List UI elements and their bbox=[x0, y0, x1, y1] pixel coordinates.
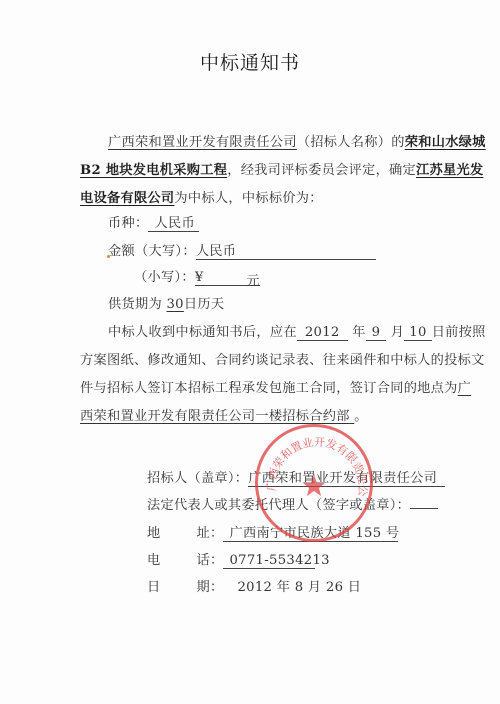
amount-lower-label: （小写）： bbox=[134, 270, 195, 285]
month-label: 月 bbox=[391, 325, 405, 340]
contract-line3-prefix: 件与招标人签订本招标工程承发包施工合同，签订合同的地点为 bbox=[80, 381, 458, 396]
phone-value: 0771-5534213 bbox=[223, 553, 315, 569]
delivery-row: 供货期为 30日历天 bbox=[108, 293, 224, 312]
amount-upper-value: 人民币 bbox=[196, 240, 376, 260]
date-row: 日期：2012 年 8 月 26 日 bbox=[147, 576, 361, 595]
amount-lower-field: ¥元 bbox=[195, 270, 260, 286]
date-value: 2012 年 8 月 26 日 bbox=[237, 580, 361, 595]
winner-name-part1: 江苏星光发 bbox=[416, 163, 483, 178]
delivery-days: 30 bbox=[166, 297, 183, 312]
tenderer-seal-value: 广西荣和置业开发有限责任公司 bbox=[248, 467, 445, 487]
contract-year: 2012 bbox=[297, 325, 348, 341]
contract-line-2: 方案图纸、修改通知、合同约谈记录表、往来函件和中标人的投标文 bbox=[80, 349, 485, 368]
contract-line-4: 西荣和置业开发有限责任公司一楼招标合约部 。 bbox=[80, 405, 368, 424]
intro-line-1: 广西荣和置业开发有限责任公司（招标人名称）的荣和山水绿城 bbox=[108, 131, 486, 150]
phone-label-1: 电 bbox=[147, 553, 161, 568]
contract-line4-suffix: 。 bbox=[354, 409, 368, 424]
document-page: 中标通知书 广西荣和置业开发有限责任公司（招标人名称）的荣和山水绿城 B2 地块… bbox=[0, 0, 500, 704]
delivery-suffix: 日历天 bbox=[184, 297, 224, 312]
project-name-part1: 荣和山水绿城 bbox=[405, 135, 486, 150]
tenderer-seal-row: 招标人（盖章）：广西荣和置业开发有限责任公司 bbox=[147, 467, 445, 487]
currency-value: 人民币 bbox=[148, 212, 198, 232]
amount-upper-row: 金额（大写）：人民币 bbox=[108, 240, 376, 260]
project-name-part2: B2 地块发电机采购工程 bbox=[80, 163, 227, 178]
contract-line1-suffix: 日前按照 bbox=[432, 325, 486, 340]
date-label-2: 期： bbox=[197, 580, 224, 595]
winner-name-part2: 电设备有限公司 bbox=[80, 191, 174, 206]
date-label-1: 日 bbox=[147, 580, 161, 595]
intro-line-3: 电设备有限公司为中标人，中标标价为： bbox=[80, 187, 323, 206]
delivery-prefix: 供货期为 bbox=[108, 297, 162, 312]
legal-rep-signature bbox=[410, 495, 438, 509]
currency-label: 币种： bbox=[108, 216, 148, 231]
contract-day: 10 bbox=[404, 325, 431, 341]
page-title: 中标通知书 bbox=[0, 48, 500, 75]
contract-month: 9 bbox=[366, 325, 387, 341]
legal-rep-row: 法定代表人或其委托代理人（签字或盖章）： bbox=[147, 494, 438, 513]
phone-label-2: 话： bbox=[197, 553, 224, 568]
tenderer-seal-label: 招标人（盖章）： bbox=[147, 471, 248, 486]
amount-unit: 元 bbox=[246, 270, 260, 289]
address-label-2: 址： bbox=[197, 526, 224, 541]
address-label-1: 地 bbox=[147, 526, 161, 541]
phone-row: 电话：0771-5534213 bbox=[147, 549, 315, 569]
address-value: 广西南宁市民族大道 155 号 bbox=[223, 522, 398, 542]
year-label: 年 bbox=[352, 325, 366, 340]
contract-line-1: 中标人收到中标通知书后，应在2012 年9 月10日前按照 bbox=[108, 321, 486, 341]
tenderer-suffix: （招标人名称）的 bbox=[297, 135, 405, 150]
tenderer-name: 广西荣和置业开发有限责任公司 bbox=[108, 135, 297, 150]
contract-line-3: 件与招标人签订本招标工程承发包施工合同，签订合同的地点为广 bbox=[80, 377, 471, 396]
amount-lower-row: （小写）：¥元 bbox=[134, 266, 260, 286]
intro-line-2: B2 地块发电机采购工程，经我司评标委员会评定，确定江苏星光发 bbox=[80, 159, 483, 178]
yen-symbol: ¥ bbox=[195, 270, 204, 285]
contract-line1-prefix: 中标人收到中标通知书后，应在 bbox=[108, 325, 297, 340]
ink-dot bbox=[107, 255, 110, 258]
currency-row: 币种：人民币 bbox=[108, 212, 199, 232]
address-row: 地址：广西南宁市民族大道 155 号 bbox=[147, 522, 398, 542]
amount-upper-label: 金额（大写）： bbox=[108, 244, 196, 259]
legal-rep-label: 法定代表人或其委托代理人（签字或盖章）： bbox=[147, 498, 410, 513]
intro-middle-text: ，经我司评标委员会评定，确定 bbox=[227, 163, 416, 178]
signing-place-part2: 西荣和置业开发有限责任公司一楼招标合约部 bbox=[80, 409, 350, 424]
intro-end-text: 为中标人，中标标价为： bbox=[174, 191, 322, 206]
signing-place-part1: 广 bbox=[458, 381, 472, 396]
